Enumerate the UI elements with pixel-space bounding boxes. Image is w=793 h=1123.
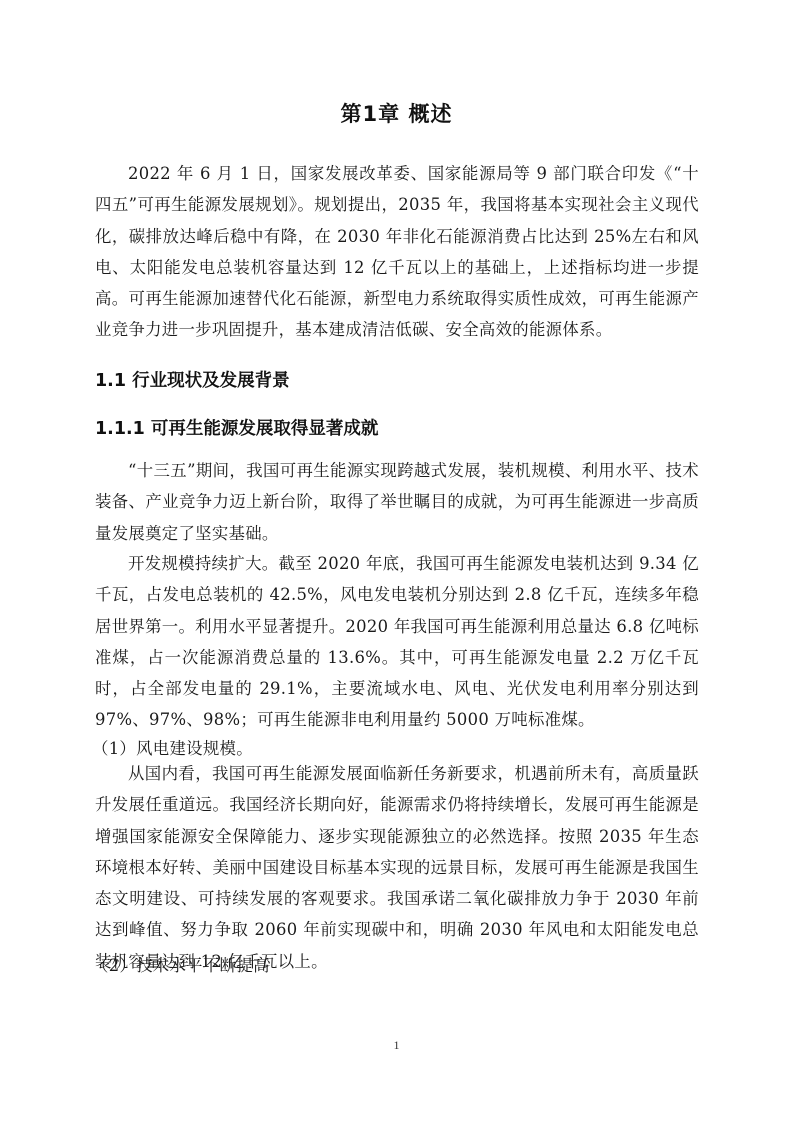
page-number: 1 <box>0 1038 793 1053</box>
body-paragraph: 从国内看，我国可再生能源发展面临新任务新要求，机遇前所未有，高质量跃升发展任重道… <box>95 758 699 977</box>
intro-paragraph: 2022 年 6 月 1 日，国家发展改革委、国家能源局等 9 部门联合印发《“… <box>95 158 699 346</box>
subsection-heading-1-1-1: 1.1.1 可再生能源发展取得显著成就 <box>95 415 378 440</box>
list-item-1: （1）风电建设规模。 <box>92 735 253 759</box>
list-item-2: （2）技术水平不断提高 <box>92 952 270 976</box>
section-heading-1-1: 1.1 行业现状及发展背景 <box>95 367 290 392</box>
body-paragraph: 开发规模持续扩大。截至 2020 年底，我国可再生能源发电装机达到 9.34 亿… <box>95 548 699 736</box>
document-page: 第1章 概述 2022 年 6 月 1 日，国家发展改革委、国家能源局等 9 部… <box>0 0 793 1123</box>
body-paragraph: “十三五”期间，我国可再生能源实现跨越式发展，装机规模、利用水平、技术装备、产业… <box>95 455 699 549</box>
chapter-title: 第1章 概述 <box>0 98 793 128</box>
